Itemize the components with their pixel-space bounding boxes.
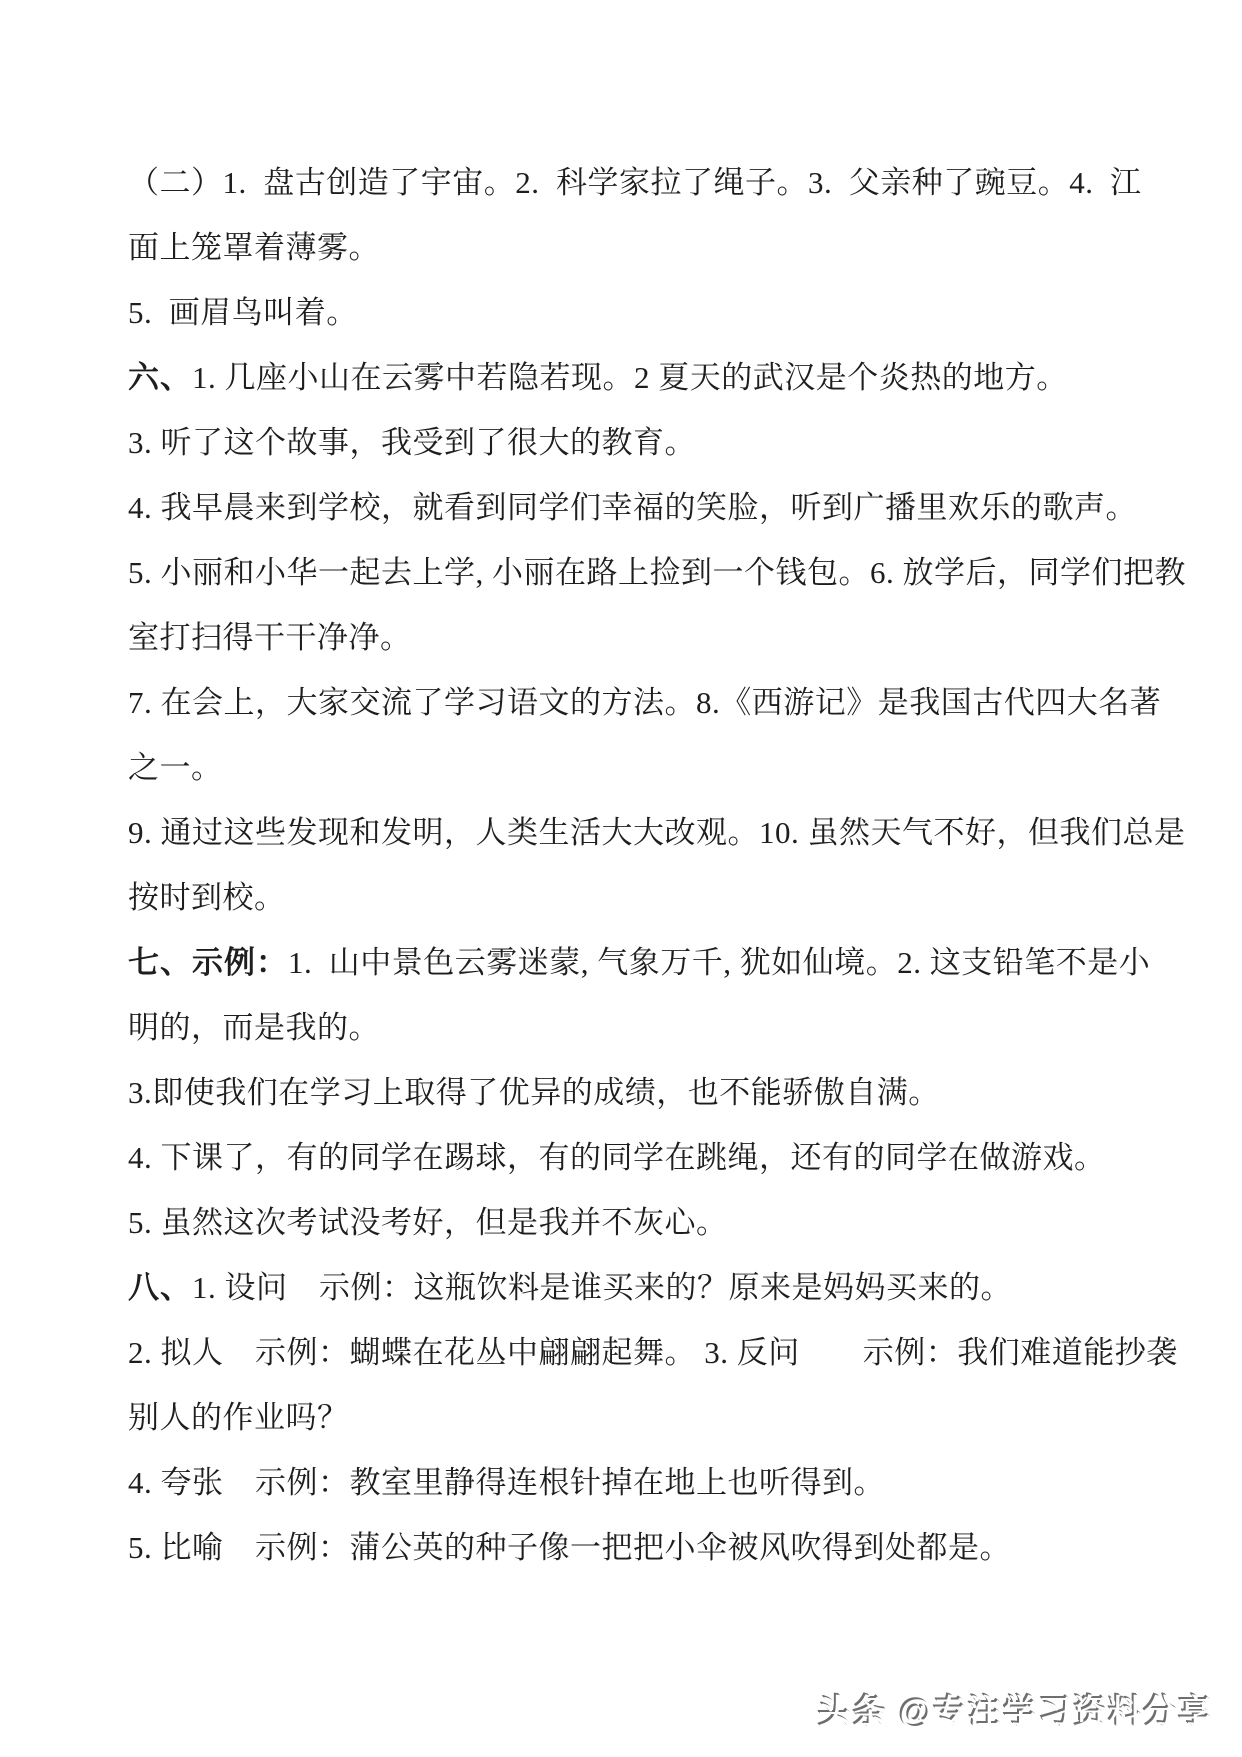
line-text: 4. 我早晨来到学校，就看到同学们幸福的笑脸，听到广播里欢乐的歌声。	[128, 490, 1137, 525]
text-line: 9. 通过这些发现和发明，人类生活大大改观。10. 虽然天气不好，但我们总是	[128, 800, 1123, 865]
text-line: （二）1. 盘古创造了宇宙。2. 科学家拉了绳子。3. 父亲种了豌豆。4. 江	[128, 150, 1123, 215]
text-line: 2. 拟人 示例：蝴蝶在花丛中翩翩起舞。 3. 反问 示例：我们难道能抄袭	[128, 1320, 1123, 1385]
line-text: （二）1. 盘古创造了宇宙。2. 科学家拉了绳子。3. 父亲种了豌豆。4. 江	[128, 165, 1142, 200]
text-line: 3.即使我们在学习上取得了优异的成绩，也不能骄傲自满。	[128, 1060, 1123, 1125]
text-line: 4. 夸张 示例：教室里静得连根针掉在地上也听得到。	[128, 1450, 1123, 1515]
line-text: 7. 在会上，大家交流了学习语文的方法。8.《西游记》是我国古代四大名著	[128, 685, 1161, 720]
text-line: 七、示例：1. 山中景色云雾迷蒙, 气象万千, 犹如仙境。2. 这支铅笔不是小	[128, 930, 1123, 995]
line-text: 5. 画眉鸟叫着。	[128, 295, 358, 330]
answer-key-text-block: （二）1. 盘古创造了宇宙。2. 科学家拉了绳子。3. 父亲种了豌豆。4. 江 …	[128, 150, 1123, 1580]
text-line: 3. 听了这个故事，我受到了很大的教育。	[128, 410, 1123, 475]
line-text: 4. 夸张 示例：教室里静得连根针掉在地上也听得到。	[128, 1465, 885, 1500]
text-line: 明的，而是我的。	[128, 995, 1123, 1060]
toutiao-watermark: 头条 @专注学习资料分享	[819, 1686, 1214, 1733]
line-bold-prefix: 七、示例：	[128, 945, 288, 980]
line-text: 5. 小丽和小华一起去上学, 小丽在路上捡到一个钱包。6. 放学后，同学们把教	[128, 555, 1186, 590]
line-text: 明的，而是我的。	[128, 1010, 380, 1045]
text-line: 之一。	[128, 735, 1123, 800]
line-text: 3.即使我们在学习上取得了优异的成绩，也不能骄傲自满。	[128, 1075, 940, 1110]
text-line: 别人的作业吗？	[128, 1385, 1123, 1450]
text-line: 按时到校。	[128, 865, 1123, 930]
line-text: 1. 山中景色云雾迷蒙, 气象万千, 犹如仙境。2. 这支铅笔不是小	[288, 945, 1150, 980]
line-text: 2. 拟人 示例：蝴蝶在花丛中翩翩起舞。 3. 反问 示例：我们难道能抄袭	[128, 1335, 1178, 1370]
text-line: 室打扫得干干净净。	[128, 605, 1123, 670]
line-text: 5. 比喻 示例：蒲公英的种子像一把把小伞被风吹得到处都是。	[128, 1530, 1011, 1565]
line-text: 3. 听了这个故事，我受到了很大的教育。	[128, 425, 696, 460]
text-line: 5. 画眉鸟叫着。	[128, 280, 1123, 345]
text-line: 5. 虽然这次考试没考好，但是我并不灰心。	[128, 1190, 1123, 1255]
line-text: 面上笼罩着薄雾。	[128, 230, 380, 265]
document-page: （二）1. 盘古创造了宇宙。2. 科学家拉了绳子。3. 父亲种了豌豆。4. 江 …	[0, 0, 1242, 1757]
line-text: 1. 几座小山在云雾中若隐若现。2 夏天的武汉是个炎热的地方。	[192, 360, 1068, 395]
line-bold-prefix: 八、	[128, 1270, 192, 1305]
line-text: 室打扫得干干净净。	[128, 620, 412, 655]
line-text: 5. 虽然这次考试没考好，但是我并不灰心。	[128, 1205, 728, 1240]
text-line: 5. 比喻 示例：蒲公英的种子像一把把小伞被风吹得到处都是。	[128, 1515, 1123, 1580]
line-text: 别人的作业吗？	[128, 1400, 349, 1435]
text-line: 八、1. 设问 示例：这瓶饮料是谁买来的？原来是妈妈买来的。	[128, 1255, 1123, 1320]
text-line: 7. 在会上，大家交流了学习语文的方法。8.《西游记》是我国古代四大名著	[128, 670, 1123, 735]
line-bold-prefix: 六、	[128, 360, 192, 395]
text-line: 4. 我早晨来到学校，就看到同学们幸福的笑脸，听到广播里欢乐的歌声。	[128, 475, 1123, 540]
text-line: 面上笼罩着薄雾。	[128, 215, 1123, 280]
line-text: 4. 下课了，有的同学在踢球，有的同学在跳绳，还有的同学在做游戏。	[128, 1140, 1106, 1175]
line-text: 9. 通过这些发现和发明，人类生活大大改观。10. 虽然天气不好，但我们总是	[128, 815, 1186, 850]
text-line: 4. 下课了，有的同学在踢球，有的同学在跳绳，还有的同学在做游戏。	[128, 1125, 1123, 1190]
text-line: 六、1. 几座小山在云雾中若隐若现。2 夏天的武汉是个炎热的地方。	[128, 345, 1123, 410]
line-text: 按时到校。	[128, 880, 286, 915]
line-text: 1. 设问 示例：这瓶饮料是谁买来的？原来是妈妈买来的。	[192, 1270, 1012, 1305]
line-text: 之一。	[128, 750, 223, 785]
text-line: 5. 小丽和小华一起去上学, 小丽在路上捡到一个钱包。6. 放学后，同学们把教	[128, 540, 1123, 605]
